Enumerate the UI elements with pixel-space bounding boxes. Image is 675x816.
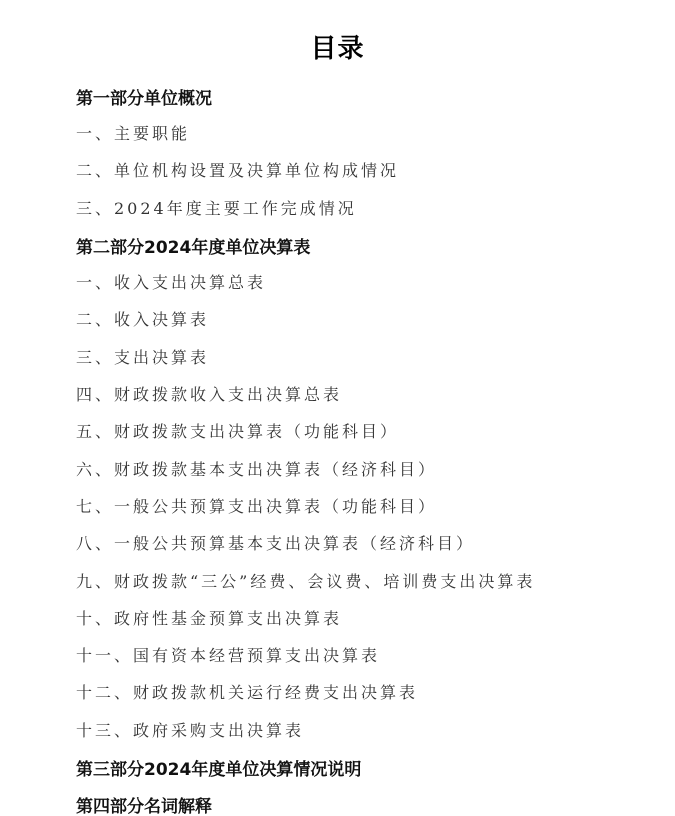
toc-section-3[interactable]: 第三部分2024年度单位决算情况说明 bbox=[76, 755, 361, 780]
toc-item-2-12[interactable]: 十二、财政拨款机关运行经费支出决算表 bbox=[76, 680, 418, 703]
toc-item-2-6[interactable]: 六、财政拨款基本支出决算表（经济科目） bbox=[76, 457, 437, 480]
toc-item-2-13[interactable]: 十三、政府采购支出决算表 bbox=[76, 718, 304, 741]
toc-item-2-2[interactable]: 二、收入决算表 bbox=[76, 307, 209, 330]
toc-item-2-10[interactable]: 十、政府性基金预算支出决算表 bbox=[76, 606, 342, 629]
toc-item-2-9[interactable]: 九、财政拨款“三公”经费、会议费、培训费支出决算表 bbox=[76, 569, 535, 592]
toc-section-4[interactable]: 第四部分名词解释 bbox=[76, 792, 212, 816]
toc-item-1-2[interactable]: 二、单位机构设置及决算单位构成情况 bbox=[76, 158, 399, 181]
page-title: 目录 bbox=[0, 28, 675, 65]
toc-item-1-3[interactable]: 三、2024年度主要工作完成情况 bbox=[76, 196, 357, 219]
toc-item-2-7[interactable]: 七、一般公共预算支出决算表（功能科目） bbox=[76, 494, 437, 517]
toc-item-2-11[interactable]: 十一、国有资本经营预算支出决算表 bbox=[76, 643, 380, 666]
toc-item-2-3[interactable]: 三、支出决算表 bbox=[76, 345, 209, 368]
toc-section-1[interactable]: 第一部分单位概况 bbox=[76, 84, 212, 109]
toc-item-2-5[interactable]: 五、财政拨款支出决算表（功能科目） bbox=[76, 419, 399, 442]
toc-item-1-1[interactable]: 一、主要职能 bbox=[76, 121, 190, 144]
toc-item-2-1[interactable]: 一、收入支出决算总表 bbox=[76, 270, 266, 293]
toc-item-2-8[interactable]: 八、一般公共预算基本支出决算表（经济科目） bbox=[76, 531, 475, 554]
toc-item-2-4[interactable]: 四、财政拨款收入支出决算总表 bbox=[76, 382, 342, 405]
toc-section-2[interactable]: 第二部分2024年度单位决算表 bbox=[76, 233, 310, 258]
